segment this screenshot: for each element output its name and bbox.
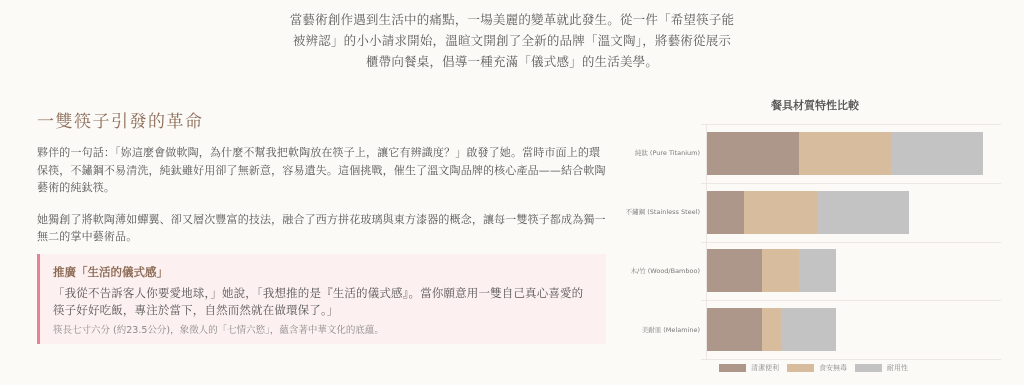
- gridline: [701, 242, 1001, 243]
- bar-segment[interactable]: [891, 132, 983, 175]
- bar-row: [707, 132, 983, 175]
- material-comparison-chart: 餐具材質特性比較 純鈦 (Pure Titanium)不鏽鋼 (Stainles…: [620, 90, 1024, 385]
- bar-segment[interactable]: [781, 308, 836, 351]
- bar-segment[interactable]: [744, 191, 818, 234]
- ritual-callout: 推廣「生活的儀式感」 「我從不告訴客人你要愛地球，」她說，「我想推的是『生活的儀…: [37, 254, 606, 344]
- bar-segment[interactable]: [707, 132, 799, 175]
- gridline: [701, 300, 1001, 301]
- bar-segment[interactable]: [707, 308, 762, 351]
- category-label: 純鈦 (Pure Titanium): [635, 148, 700, 157]
- gridline: [701, 183, 1001, 184]
- bar-segment[interactable]: [817, 191, 909, 234]
- legend-item[interactable]: 食安無毒: [787, 363, 847, 373]
- bar-row: [707, 191, 909, 234]
- legend-swatch-icon: [855, 364, 882, 372]
- category-label: 木/竹 (Wood/Bamboo): [631, 266, 701, 275]
- chart-plot-area: [706, 124, 1000, 359]
- section-title: 一雙筷子引發的革命: [37, 110, 607, 134]
- legend-swatch-icon: [719, 364, 746, 372]
- category-label: 不鏽鋼 (Stainless Steel): [626, 207, 700, 216]
- legend-label: 食安無毒: [819, 363, 847, 373]
- story-section: 一雙筷子引發的革命 夥伴的一句話：「妳這麼會做軟陶，為什麼不幫我把軟陶放在筷子上…: [37, 110, 607, 246]
- category-label: 美耐皿 (Melamine): [642, 325, 700, 334]
- bar-segment[interactable]: [799, 132, 891, 175]
- bar-segment[interactable]: [707, 191, 744, 234]
- bar-segment[interactable]: [707, 249, 762, 292]
- legend-label: 清潔便利: [751, 363, 779, 373]
- legend-label: 耐用性: [887, 363, 908, 373]
- callout-title: 推廣「生活的儀式感」: [53, 264, 594, 280]
- legend-item[interactable]: 耐用性: [855, 363, 908, 373]
- chart-legend: 清潔便利食安無毒耐用性: [719, 363, 916, 373]
- bar-row: [707, 249, 836, 292]
- chart-title: 餐具材質特性比較: [620, 97, 1010, 113]
- intro-paragraph: 當藝術創作遇到生活中的痛點，一場美麗的變革就此發生。從一件「希望筷子能被辨認」的…: [288, 9, 736, 72]
- bar-segment[interactable]: [762, 308, 780, 351]
- callout-quote: 「我從不告訴客人你要愛地球，」她說，「我想推的是『生活的儀式感』。當你願意用一雙…: [53, 285, 594, 319]
- legend-item[interactable]: 清潔便利: [719, 363, 779, 373]
- bar-segment[interactable]: [799, 249, 836, 292]
- story-paragraph-2: 她獨創了將軟陶薄如蟬翼、卻又層次豐富的技法，融合了西方拼花玻璃與東方漆器的概念，…: [37, 211, 607, 246]
- story-paragraph-1: 夥伴的一句話：「妳這麼會做軟陶，為什麼不幫我把軟陶放在筷子上，讓它有辨識度？」啟…: [37, 144, 607, 197]
- bar-row: [707, 308, 836, 351]
- gridline: [701, 124, 1001, 125]
- gridline: [701, 359, 1001, 360]
- legend-swatch-icon: [787, 364, 814, 372]
- callout-note: 筷長七寸六分 (約23.5公分)，象徵人的「七情六慾」，蘊含著中華文化的底蘊。: [53, 324, 594, 338]
- bar-segment[interactable]: [762, 249, 799, 292]
